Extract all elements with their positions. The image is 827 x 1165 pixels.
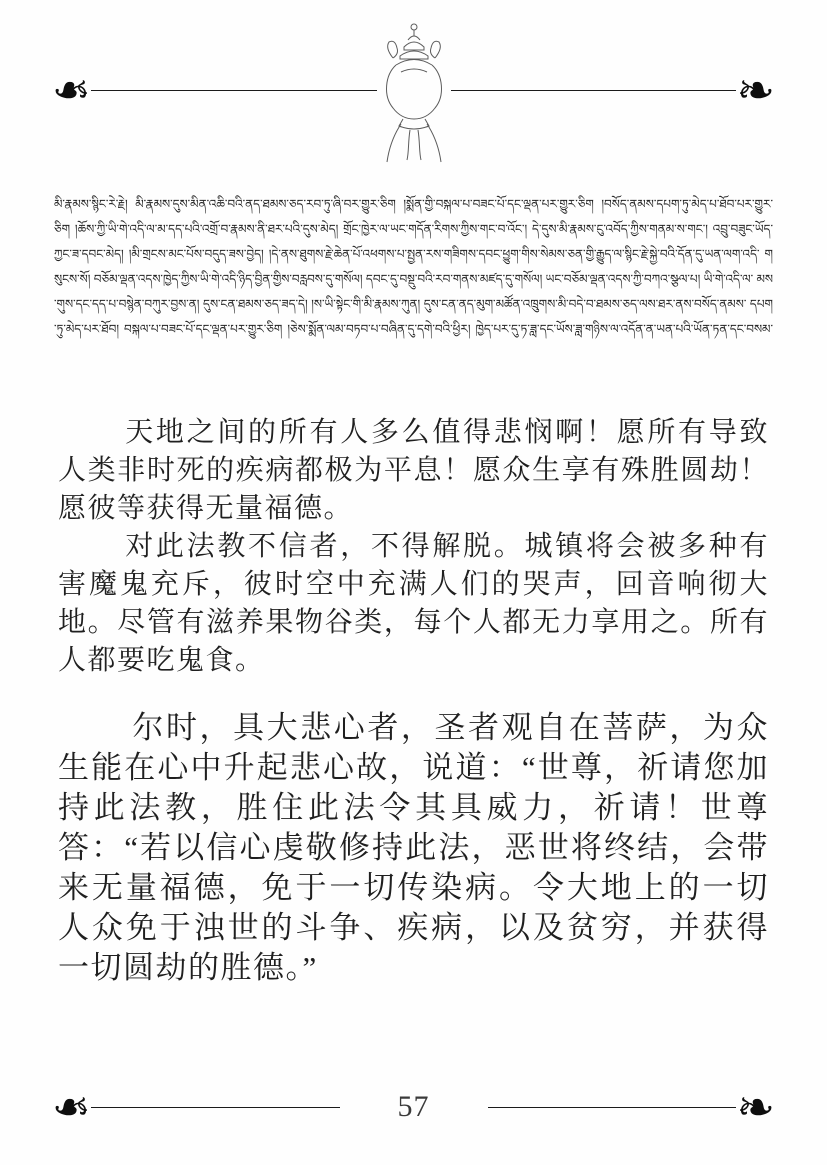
tibetan-line-1: མི་རྣམས་སྙིང་རེ་རྗེ། མི་རྣམས་དུས་མིན་འཆི…	[54, 197, 773, 211]
chinese-paragraph-2: 对此法教不信者，不得解脱。城镇将会被多种有害魔鬼充斥，彼时空中充满人们的哭声，回…	[58, 528, 769, 680]
floral-flourish-right-icon: ❧	[736, 1084, 775, 1130]
floral-flourish-left-icon: ❧	[52, 67, 91, 113]
chinese-translation-block: 天地之间的所有人多么值得悲悯啊！愿所有导致人类非时死的疾病都极为平息！愿众生享有…	[58, 414, 769, 988]
page-number: 57	[398, 1090, 430, 1124]
footer-rule-right	[488, 1107, 737, 1108]
page-footer-ornament: ❧ 57 ❧	[0, 1077, 827, 1137]
floral-flourish-right-icon: ❧	[736, 67, 775, 113]
tibetan-text-block: མི་རྣམས་སྙིང་རེ་རྗེ། མི་རྣམས་དུས་མིན་འཆི…	[54, 192, 773, 342]
chinese-paragraph-1: 天地之间的所有人多么值得悲悯啊！愿所有导致人类非时死的疾病都极为平息！愿众生享有…	[58, 414, 769, 528]
chinese-paragraph-3: 尔时，具大悲心者，圣者观自在菩萨，为众生能在心中升起悲心故，说道：“世尊，祈请您…	[58, 708, 769, 988]
page-header-ornament: ❧ ❧	[0, 14, 827, 166]
tibetan-line-3: ཀྱང་ཟ་དབང་མེད། །མི་གྲངས་མང་པོས་བདུད་ཟས་བ…	[54, 247, 760, 261]
header-rule-right	[451, 90, 737, 91]
header-rule-left	[91, 90, 377, 91]
footer-rule-left	[91, 1107, 340, 1108]
treasure-vase-icon	[377, 20, 451, 168]
floral-flourish-left-icon: ❧	[52, 1084, 91, 1130]
tibetan-line-2: ཅིག །ཆོས་ཀྱི་ཡི་གེ་འདི་ལ་མ་དད་པའི་འགྲོ་བ…	[54, 222, 773, 236]
book-page: ❧ ❧ མི་རྣམས་སྙི	[0, 0, 827, 1165]
